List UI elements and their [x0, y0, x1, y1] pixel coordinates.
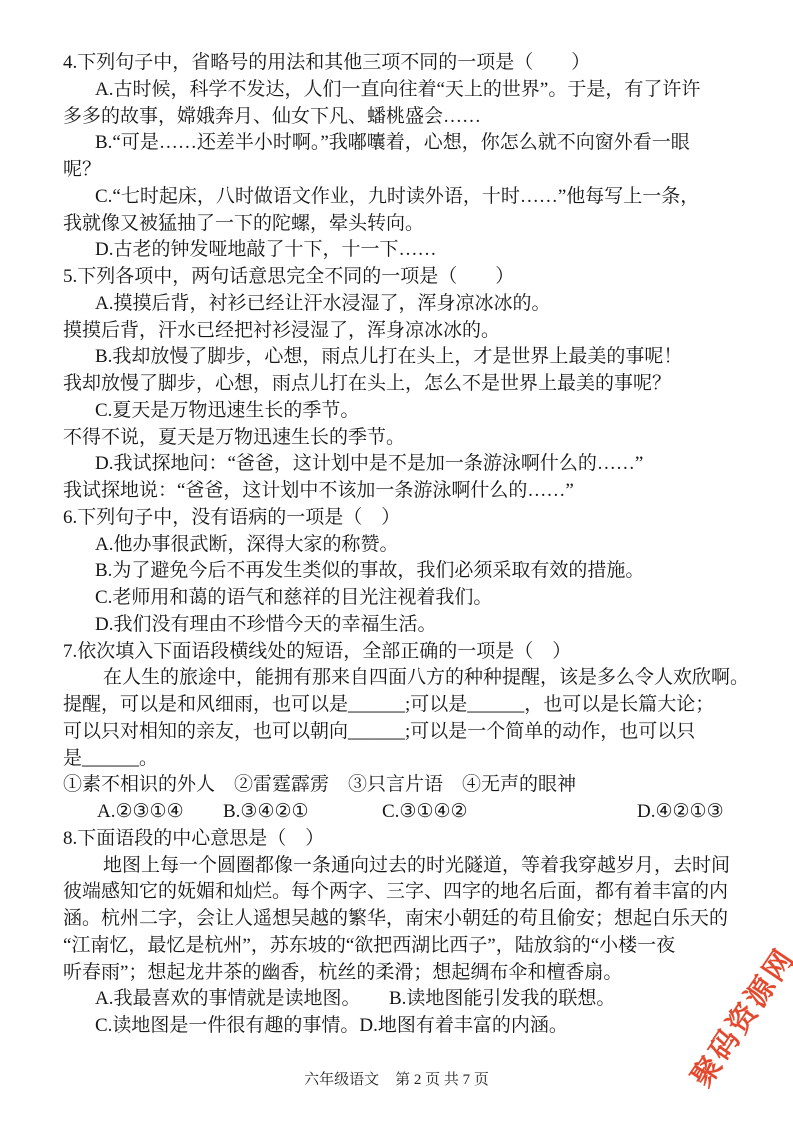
text-line: 是______。 — [63, 746, 741, 773]
text-line: C.读地图是一件很有趣的事情。D.地图有着丰富的内涵。 — [63, 1013, 741, 1040]
text-line: B.为了避免今后不再发生类似的事故，我们必须采取有效的措施。 — [63, 558, 741, 585]
text-line: A.古时候，科学不发达，人们一直向往着“天上的世界”。于是，有了许许 — [63, 77, 741, 104]
text-line: 呢？ — [63, 157, 741, 184]
footer-course: 六年级语文 — [304, 1072, 379, 1088]
question-4: 4.下列句子中，省略号的用法和其他三项不同的一项是（ ）A.古时候，科学不发达，… — [63, 50, 741, 264]
text-line: 彼端感知它的妩媚和灿烂。每个两字、三字、四字的地名后面，都有着丰富的内 — [63, 879, 741, 906]
text-line: 我试探地说：“爸爸，这计划中不该加一条游泳啊什么的……” — [63, 478, 741, 505]
text-line: 地图上每一个圆圈都像一条通向过去的时光隧道，等着我穿越岁月，去时间 — [63, 853, 741, 880]
text-line: 我就像又被猛抽了一下的陀螺，晕头转向。 — [63, 211, 741, 238]
text-line: ①素不相识的外人 ②雷霆霹雳 ③只言片语 ④无声的眼神 — [63, 772, 741, 799]
text-line: D.古老的钟发哑地敲了十下，十一下…… — [63, 237, 741, 264]
text-line: C.夏天是万物迅速生长的季节。 — [63, 398, 741, 425]
questions: 4.下列句子中，省略号的用法和其他三项不同的一项是（ ）A.古时候，科学不发达，… — [63, 50, 741, 1040]
text-line: 7.依次填入下面语段横线处的短语，全部正确的一项是（ ） — [63, 639, 741, 666]
text-line: 我却放慢了脚步，心想，雨点儿打在头上，怎么不是世界上最美的事呢？ — [63, 371, 741, 398]
text-line: 摸摸后背，汗水已经把衬衫浸湿了，浑身凉冰冰的。 — [63, 318, 741, 345]
text-line: 在人生的旅途中，能拥有那来自四面八方的种种提醒，该是多么令人欢欣啊。 — [63, 665, 741, 692]
footer: 六年级语文第 2 页 共 7 页 — [0, 1068, 793, 1089]
text-line: C.“七时起床，八时做语文作业，九时读外语，十时……”他每写上一条， — [63, 184, 741, 211]
text-line: C.老师用和蔼的语气和慈祥的目光注视着我们。 — [63, 585, 741, 612]
text-line: 涵。杭州二字，会让人遥想吴越的繁华，南宋小朝廷的苟且偷安；想起白乐天的 — [63, 906, 741, 933]
text-line: 6.下列句子中，没有语病的一项是（ ） — [63, 505, 741, 532]
text-line: 听春雨”；想起龙井茶的幽香，杭丝的柔滑；想起绸布伞和檀香扇。 — [63, 960, 741, 987]
text-line: A.他办事很武断，深得大家的称赞。 — [63, 532, 741, 559]
text-line: 8.下面语段的中心意思是（ ） — [63, 826, 741, 853]
text-line: 提醒，可以是和风细雨，也可以是______;可以是______，也可以是长篇大论… — [63, 692, 741, 719]
question-7: 7.依次填入下面语段横线处的短语，全部正确的一项是（ ）在人生的旅途中，能拥有那… — [63, 639, 741, 826]
text-line: 4.下列句子中，省略号的用法和其他三项不同的一项是（ ） — [63, 50, 741, 77]
text-line: 不得不说，夏天是万物迅速生长的季节。 — [63, 425, 741, 452]
choice-b: B.③④②① — [223, 799, 309, 826]
text-line: B.“可是……还差半小时啊。”我嘟囔着，心想，你怎么就不向窗外看一眼 — [63, 130, 741, 157]
text-line: 多多的故事，嫦娥奔月、仙女下凡、蟠桃盛会…… — [63, 104, 741, 131]
text-line: 5.下列各项中，两句话意思完全不同的一项是（ ） — [63, 264, 741, 291]
choice-c: C.③①④② — [382, 799, 468, 826]
choice-a: A.②③①④ — [97, 799, 184, 826]
text-line: B.我却放慢了脚步，心想，雨点儿打在头上，才是世界上最美的事呢！ — [63, 344, 741, 371]
choice-d: D.④②①③ — [637, 799, 724, 826]
document-page: 4.下列句子中，省略号的用法和其他三项不同的一项是（ ）A.古时候，科学不发达，… — [0, 0, 793, 1122]
text-line: D.我试探地问：“爸爸，这计划中是不是加一条游泳啊什么的……” — [63, 451, 741, 478]
text-line: A.我最喜欢的事情就是读地图。 B.读地图能引发我的联想。 — [63, 986, 741, 1013]
footer-page-info: 第 2 页 共 7 页 — [395, 1072, 489, 1088]
choices-row: A.②③①④B.③④②①C.③①④②D.④②①③ — [63, 799, 741, 826]
text-line: “江南忆，最忆是杭州”，苏东坡的“欲把西湖比西子”，陆放翁的“小楼一夜 — [63, 933, 741, 960]
text-line: A.摸摸后背，衬衫已经让汗水浸湿了，浑身凉冰冰的。 — [63, 291, 741, 318]
text-line: D.我们没有理由不珍惜今天的幸福生活。 — [63, 612, 741, 639]
question-5: 5.下列各项中，两句话意思完全不同的一项是（ ）A.摸摸后背，衬衫已经让汗水浸湿… — [63, 264, 741, 505]
question-6: 6.下列句子中，没有语病的一项是（ ）A.他办事很武断，深得大家的称赞。B.为了… — [63, 505, 741, 639]
question-8: 8.下面语段的中心意思是（ ）地图上每一个圆圈都像一条通向过去的时光隧道，等着我… — [63, 826, 741, 1040]
text-line: 可以只对相知的亲友，也可以朝向______;可以是一个简单的动作，也可以只 — [63, 719, 741, 746]
